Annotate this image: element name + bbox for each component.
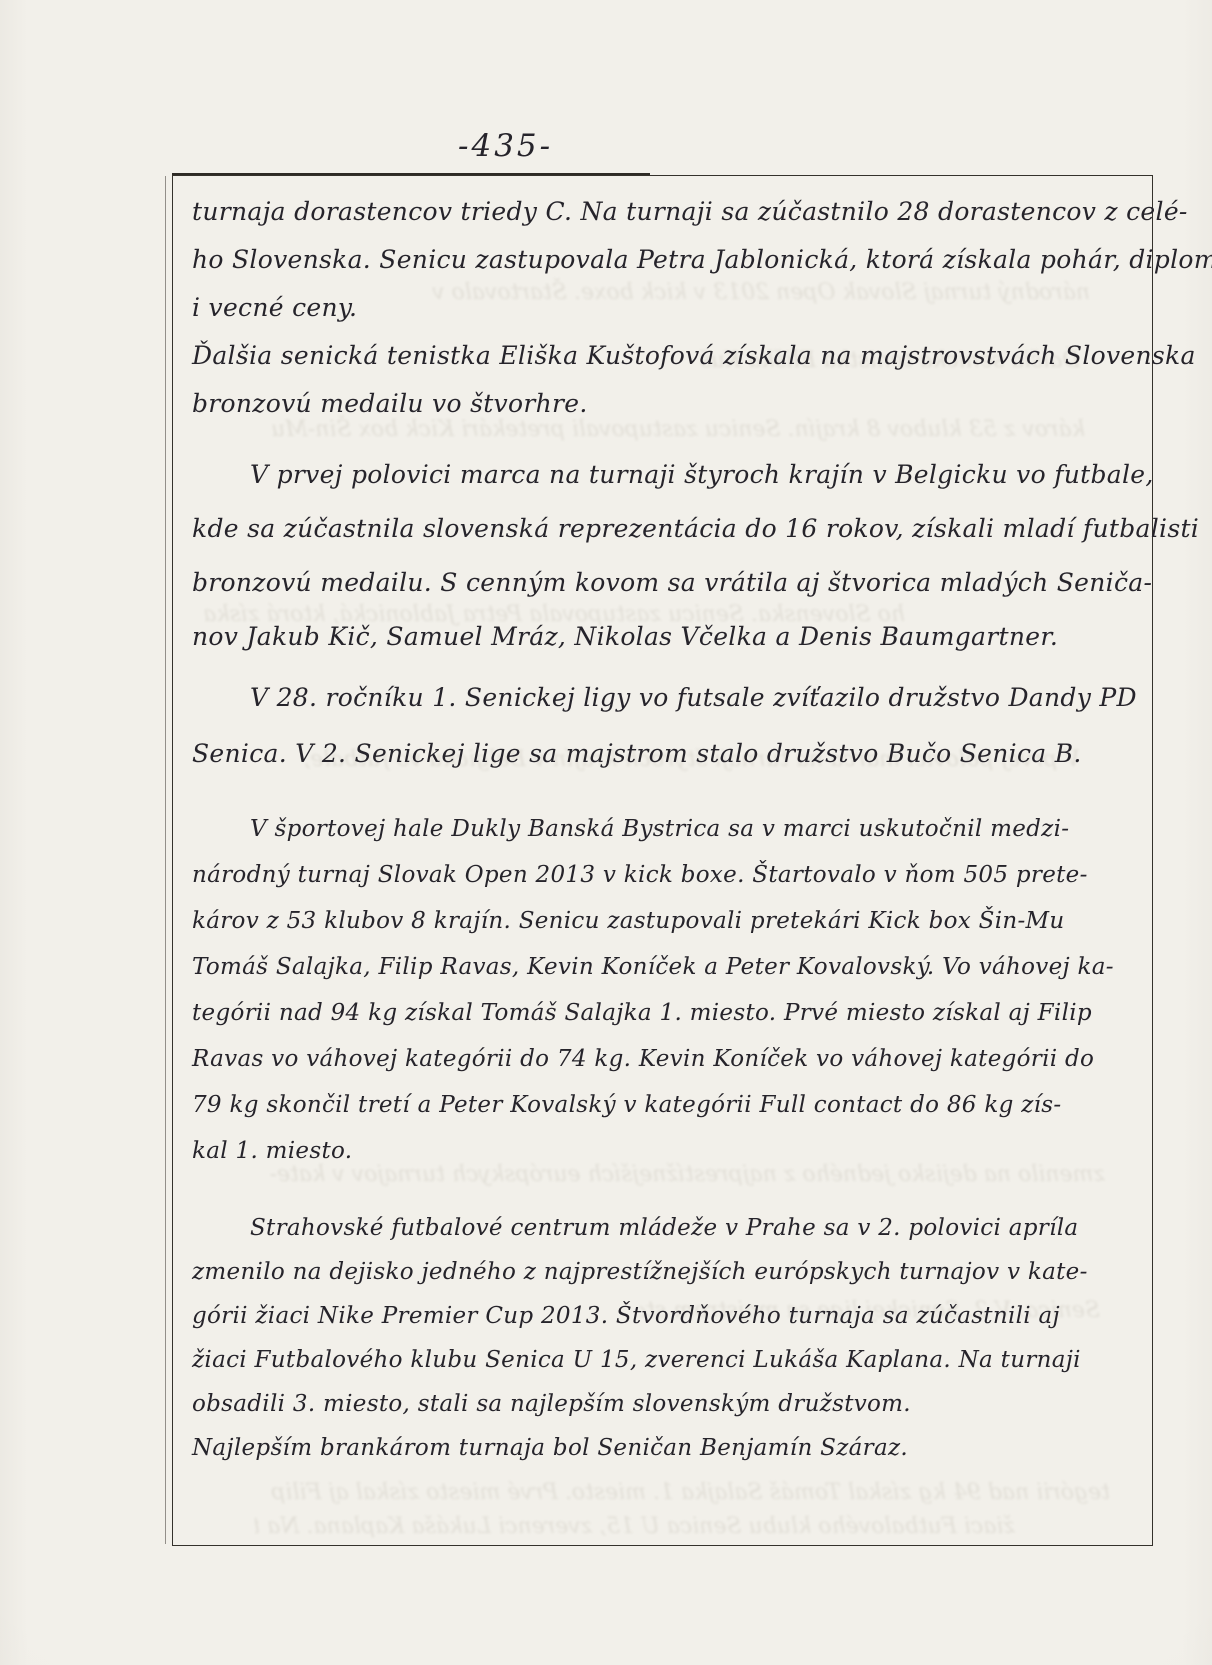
handwritten-line: 79 kg skončil tretí a Peter Kovalský v k… <box>192 1082 1117 1128</box>
handwritten-line: Ďalšia senická tenistka Eliška Kuštofová… <box>192 332 1117 380</box>
handwritten-line: obsadili 3. miesto, stali sa najlepším s… <box>192 1382 1117 1426</box>
paragraph: V športovej hale Dukly Banská Bystrica s… <box>192 806 1117 1174</box>
handwritten-line: zmenilo na dejisko jedného z najprestížn… <box>192 1250 1117 1294</box>
handwritten-line: tegórii nad 94 kg získal Tomáš Salajka 1… <box>192 990 1117 1036</box>
handwritten-line: žiaci Futbalového klubu Senica U 15, zve… <box>192 1338 1117 1382</box>
handwriting-area: turnaja dorastencov triedy C. Na turnaji… <box>192 188 1117 1470</box>
handwritten-line: i vecné ceny. <box>192 284 1117 332</box>
paragraph: Strahovské futbalové centrum mládeže v P… <box>192 1206 1117 1470</box>
page-number: -435- <box>458 128 553 164</box>
handwritten-line: kde sa zúčastnila slovenská reprezentáci… <box>192 502 1117 556</box>
handwritten-line: V 28. ročníku 1. Senickej ligy vo futsal… <box>192 670 1117 726</box>
handwritten-line: Tomáš Salajka, Filip Ravas, Kevin Koníče… <box>192 944 1117 990</box>
handwritten-line: károv z 53 klubov 8 krajín. Senicu zastu… <box>192 898 1117 944</box>
handwritten-line: Ravas vo váhovej kategórii do 74 kg. Kev… <box>192 1036 1117 1082</box>
handwritten-line: Senica. V 2. Senickej lige sa majstrom s… <box>192 726 1117 782</box>
handwritten-line: bronzovú medailu. S cenným kovom sa vrát… <box>192 556 1117 610</box>
frame-left-rule <box>165 176 166 1544</box>
handwritten-line: Strahovské futbalové centrum mládeže v P… <box>192 1206 1117 1250</box>
paragraph: V prvej polovici marca na turnaji štyroc… <box>192 448 1117 664</box>
handwritten-line: ho Slovenska. Senicu zastupovala Petra J… <box>192 236 1117 284</box>
scanned-page: -435- národný turnaj Slovak Open 2013 v … <box>0 0 1212 1665</box>
handwritten-line: Najlepším brankárom turnaja bol Seničan … <box>192 1426 1117 1470</box>
handwritten-line: národný turnaj Slovak Open 2013 v kick b… <box>192 852 1117 898</box>
handwritten-line: bronzovú medailu vo štvorhre. <box>192 380 1117 428</box>
handwritten-line: kal 1. miesto. <box>192 1128 1117 1174</box>
handwritten-line: górii žiaci Nike Premier Cup 2013. Štvor… <box>192 1294 1117 1338</box>
paragraph: V 28. ročníku 1. Senickej ligy vo futsal… <box>192 670 1117 782</box>
handwritten-line: turnaja dorastencov triedy C. Na turnaji… <box>192 188 1117 236</box>
handwritten-line: V prvej polovici marca na turnaji štyroc… <box>192 448 1117 502</box>
handwritten-line: V športovej hale Dukly Banská Bystrica s… <box>192 806 1117 852</box>
handwritten-line: nov Jakub Kič, Samuel Mráz, Nikolas Včel… <box>192 610 1117 664</box>
paragraph: turnaja dorastencov triedy C. Na turnaji… <box>192 188 1117 428</box>
